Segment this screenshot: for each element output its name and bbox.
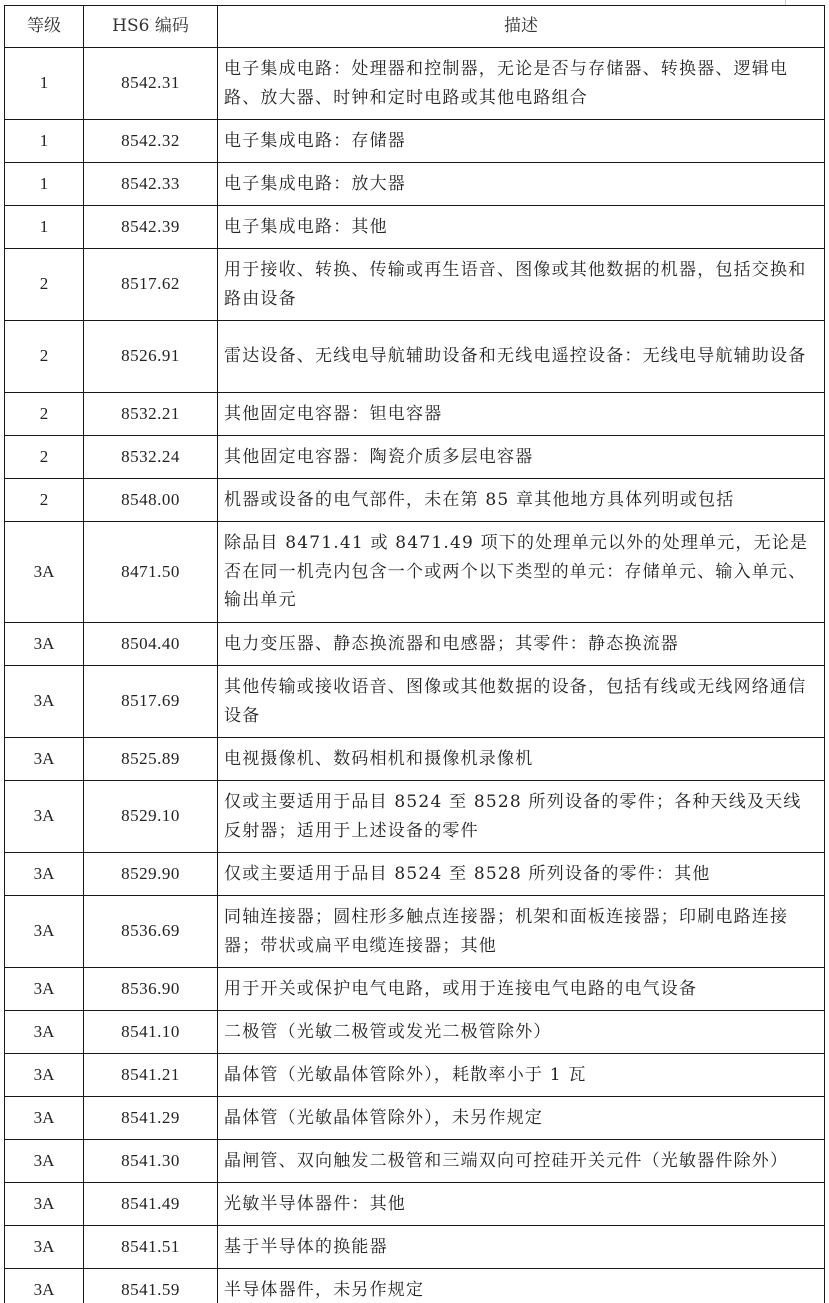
description-cell: 晶闸管、双向触发二极管和三端双向可控硅开关元件（光敏器件除外）: [218, 1140, 825, 1183]
level-cell: 3A: [5, 1011, 84, 1054]
level-cell: 2: [5, 393, 84, 436]
hs6-code-cell: 8532.24: [84, 436, 218, 479]
hs6-code-cell: 8517.62: [84, 249, 218, 321]
table-row: 3A8525.89电视摄像机、数码相机和摄像机录像机: [5, 738, 825, 781]
description-cell: 用于接收、转换、传输或再生语音、图像或其他数据的机器，包括交换和路由设备: [218, 249, 825, 321]
table-row: 28532.24其他固定电容器：陶瓷介质多层电容器: [5, 436, 825, 479]
level-cell: 1: [5, 163, 84, 206]
level-cell: 3A: [5, 1097, 84, 1140]
description-cell: 电子集成电路：其他: [218, 206, 825, 249]
description-cell: 机器或设备的电气部件，未在第 85 章其他地方具体列明或包括: [218, 479, 825, 522]
level-cell: 1: [5, 120, 84, 163]
header-level: 等级: [5, 6, 84, 48]
hs6-code-cell: 8529.10: [84, 781, 218, 853]
hs6-code-cell: 8542.33: [84, 163, 218, 206]
hs6-code-cell: 8525.89: [84, 738, 218, 781]
table-row: 3A8541.51基于半导体的换能器: [5, 1226, 825, 1269]
level-cell: 3A: [5, 738, 84, 781]
hs6-code-cell: 8536.69: [84, 896, 218, 968]
description-cell: 其他固定电容器：钽电容器: [218, 393, 825, 436]
level-cell: 2: [5, 321, 84, 393]
description-cell: 基于半导体的换能器: [218, 1226, 825, 1269]
description-cell: 仅或主要适用于品目 8524 至 8528 所列设备的零件；各种天线及天线反射器…: [218, 781, 825, 853]
table-row: 28517.62用于接收、转换、传输或再生语音、图像或其他数据的机器，包括交换和…: [5, 249, 825, 321]
table-row: 18542.32电子集成电路：存储器: [5, 120, 825, 163]
level-cell: 3A: [5, 623, 84, 666]
level-cell: 3A: [5, 1054, 84, 1097]
table-row: 3A8541.21晶体管（光敏晶体管除外），耗散率小于 1 瓦: [5, 1054, 825, 1097]
description-cell: 其他传输或接收语音、图像或其他数据的设备，包括有线或无线网络通信设备: [218, 666, 825, 738]
hs6-code-cell: 8504.40: [84, 623, 218, 666]
table-row: 3A8541.29晶体管（光敏晶体管除外），未另作规定: [5, 1097, 825, 1140]
level-cell: 3A: [5, 1183, 84, 1226]
hs6-code-cell: 8541.10: [84, 1011, 218, 1054]
level-cell: 1: [5, 206, 84, 249]
description-cell: 晶体管（光敏晶体管除外），未另作规定: [218, 1097, 825, 1140]
table-row: 3A8536.69同轴连接器；圆柱形多触点连接器；机架和面板连接器；印刷电路连接…: [5, 896, 825, 968]
hs6-code-cell: 8541.21: [84, 1054, 218, 1097]
description-cell: 光敏半导体器件：其他: [218, 1183, 825, 1226]
table-row: 28526.91雷达设备、无线电导航辅助设备和无线电遥控设备：无线电导航辅助设备: [5, 321, 825, 393]
table-row: 18542.33电子集成电路：放大器: [5, 163, 825, 206]
description-cell: 同轴连接器；圆柱形多触点连接器；机架和面板连接器；印刷电路连接器；带状或扁平电缆…: [218, 896, 825, 968]
description-cell: 雷达设备、无线电导航辅助设备和无线电遥控设备：无线电导航辅助设备: [218, 321, 825, 393]
hs6-code-cell: 8548.00: [84, 479, 218, 522]
description-cell: 仅或主要适用于品目 8524 至 8528 所列设备的零件：其他: [218, 853, 825, 896]
description-cell: 其他固定电容器：陶瓷介质多层电容器: [218, 436, 825, 479]
table-body: 18542.31电子集成电路：处理器和控制器，无论是否与存储器、转换器、逻辑电路…: [5, 48, 825, 1303]
description-cell: 电子集成电路：处理器和控制器，无论是否与存储器、转换器、逻辑电路、放大器、时钟和…: [218, 48, 825, 120]
hs-code-table: 等级 HS6 编码 描述 18542.31电子集成电路：处理器和控制器，无论是否…: [4, 5, 825, 1303]
level-cell: 2: [5, 436, 84, 479]
level-cell: 1: [5, 48, 84, 120]
hs6-code-cell: 8471.50: [84, 522, 218, 623]
table-row: 3A8529.10仅或主要适用于品目 8524 至 8528 所列设备的零件；各…: [5, 781, 825, 853]
level-cell: 3A: [5, 968, 84, 1011]
table-row: 3A8517.69其他传输或接收语音、图像或其他数据的设备，包括有线或无线网络通…: [5, 666, 825, 738]
table-row: 3A8529.90仅或主要适用于品目 8524 至 8528 所列设备的零件：其…: [5, 853, 825, 896]
header-description: 描述: [218, 6, 825, 48]
description-cell: 二极管（光敏二极管或发光二极管除外）: [218, 1011, 825, 1054]
level-cell: 2: [5, 249, 84, 321]
table-row: 3A8471.50除品目 8471.41 或 8471.49 项下的处理单元以外…: [5, 522, 825, 623]
hs6-code-cell: 8541.59: [84, 1269, 218, 1303]
table-row: 28532.21其他固定电容器：钽电容器: [5, 393, 825, 436]
level-cell: 3A: [5, 853, 84, 896]
table-row: 3A8541.49光敏半导体器件：其他: [5, 1183, 825, 1226]
level-cell: 3A: [5, 781, 84, 853]
hs6-code-cell: 8542.31: [84, 48, 218, 120]
level-cell: 3A: [5, 1269, 84, 1303]
description-cell: 电子集成电路：放大器: [218, 163, 825, 206]
header-hs6-code: HS6 编码: [84, 6, 218, 48]
table-row: 3A8541.10二极管（光敏二极管或发光二极管除外）: [5, 1011, 825, 1054]
hs6-code-cell: 8542.32: [84, 120, 218, 163]
hs6-code-cell: 8541.51: [84, 1226, 218, 1269]
table-row: 18542.39电子集成电路：其他: [5, 206, 825, 249]
description-cell: 电子集成电路：存储器: [218, 120, 825, 163]
hs6-code-cell: 8541.49: [84, 1183, 218, 1226]
description-cell: 用于开关或保护电气电路，或用于连接电气电路的电气设备: [218, 968, 825, 1011]
hs6-code-cell: 8541.30: [84, 1140, 218, 1183]
level-cell: 3A: [5, 1226, 84, 1269]
hs6-code-cell: 8536.90: [84, 968, 218, 1011]
table-row: 3A8541.59半导体器件，未另作规定: [5, 1269, 825, 1303]
table-row: 28548.00机器或设备的电气部件，未在第 85 章其他地方具体列明或包括: [5, 479, 825, 522]
table-row: 18542.31电子集成电路：处理器和控制器，无论是否与存储器、转换器、逻辑电路…: [5, 48, 825, 120]
table-header-row: 等级 HS6 编码 描述: [5, 6, 825, 48]
description-cell: 电视摄像机、数码相机和摄像机录像机: [218, 738, 825, 781]
level-cell: 2: [5, 479, 84, 522]
description-cell: 晶体管（光敏晶体管除外），耗散率小于 1 瓦: [218, 1054, 825, 1097]
hs6-code-cell: 8532.21: [84, 393, 218, 436]
hs6-code-cell: 8526.91: [84, 321, 218, 393]
level-cell: 3A: [5, 896, 84, 968]
description-cell: 半导体器件，未另作规定: [218, 1269, 825, 1303]
hs6-code-cell: 8517.69: [84, 666, 218, 738]
level-cell: 3A: [5, 1140, 84, 1183]
level-cell: 3A: [5, 666, 84, 738]
hs6-code-cell: 8529.90: [84, 853, 218, 896]
table-row: 3A8504.40电力变压器、静态换流器和电感器；其零件：静态换流器: [5, 623, 825, 666]
level-cell: 3A: [5, 522, 84, 623]
table-row: 3A8536.90用于开关或保护电气电路，或用于连接电气电路的电气设备: [5, 968, 825, 1011]
table-row: 3A8541.30晶闸管、双向触发二极管和三端双向可控硅开关元件（光敏器件除外）: [5, 1140, 825, 1183]
hs6-code-cell: 8542.39: [84, 206, 218, 249]
hs6-code-cell: 8541.29: [84, 1097, 218, 1140]
description-cell: 除品目 8471.41 或 8471.49 项下的处理单元以外的处理单元，无论是…: [218, 522, 825, 623]
description-cell: 电力变压器、静态换流器和电感器；其零件：静态换流器: [218, 623, 825, 666]
